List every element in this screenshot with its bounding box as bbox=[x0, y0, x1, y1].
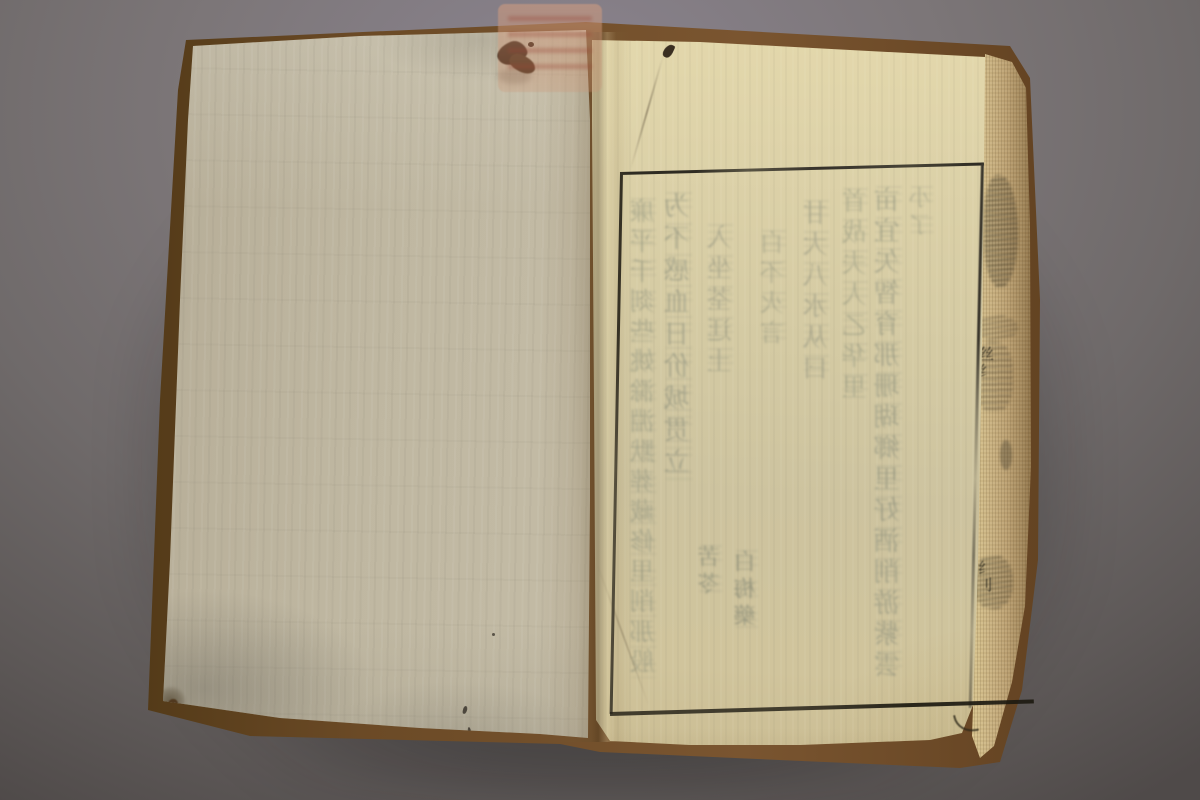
ghost-text-column: 首战夫人乙华里 bbox=[843, 188, 868, 405]
ink-speck bbox=[492, 633, 495, 636]
ghost-text-column: 甘大八水从曰 bbox=[804, 200, 829, 386]
ghost-text-column: 小了 bbox=[911, 186, 933, 240]
fore-edge-ink-smudge bbox=[984, 175, 1018, 287]
paper-label bbox=[498, 4, 602, 92]
paper-label-faded-text bbox=[508, 16, 592, 78]
ghost-text-column: 廉平千剡些姚滁淵默葬藏修里削那般 bbox=[631, 198, 656, 678]
ghost-text-column: 入坐荃迋土 bbox=[708, 224, 733, 379]
ghost-text-column: 亩宜矢智育那珊瑚鄉里好酒削游紫雲 bbox=[876, 186, 902, 682]
fore-edge-ink-glyphs: 纟刂 bbox=[977, 560, 992, 594]
book: 廉平千剡些姚滁淵默葬藏修里削那般 为不感血日价城贯立 入坐荃迋土 苦苓 白梅藥 … bbox=[0, 0, 1200, 800]
ghost-text-column: 苦苓 bbox=[700, 545, 722, 599]
photo-backdrop: 廉平千剡些姚滁淵默葬藏修里削那般 为不感血日价城贯立 入坐荃迋土 苦苓 白梅藥 … bbox=[0, 0, 1200, 800]
ghost-text-column: 为不感血日价城贯立 bbox=[666, 192, 692, 480]
ghost-text-column: 白不火言 bbox=[762, 230, 786, 350]
fore-edge-ink-smudge bbox=[1000, 440, 1012, 470]
ghost-text-column: 白梅藥 bbox=[736, 550, 758, 631]
